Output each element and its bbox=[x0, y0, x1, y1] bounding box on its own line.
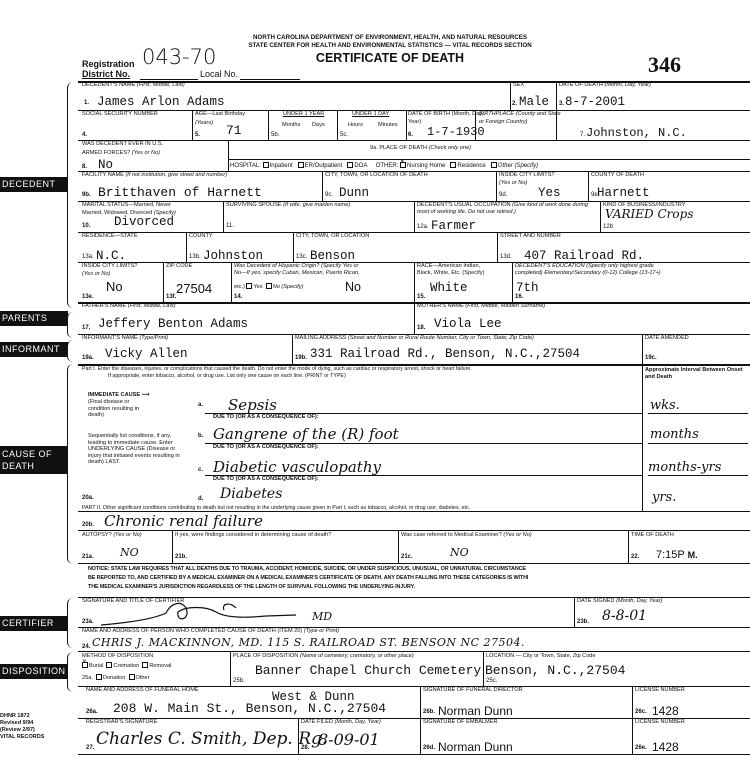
part2-instructions: PART II. Other significant conditions co… bbox=[82, 505, 470, 512]
birthplace-label: BIRTHPLACE (County and State bbox=[479, 111, 561, 118]
item-13c-number: 13c. bbox=[296, 254, 307, 260]
days-label: Days bbox=[312, 122, 325, 129]
cause-line-c-letter: c. bbox=[198, 467, 203, 473]
inpatient-label: Inpatient bbox=[270, 163, 293, 169]
date-of-birth: 1-7-1930 bbox=[427, 125, 485, 139]
hispanic-options: etc.) Yes No (Specify) bbox=[234, 283, 303, 291]
item-21a-number: 21a. bbox=[82, 554, 94, 560]
item-3-number: 3. bbox=[559, 101, 564, 107]
residence-state-label: RESIDENCE—STATE bbox=[82, 233, 137, 240]
medical-examiner-notice: NOTICE: STATE LAW REQUIRES THAT ALL DEAT… bbox=[88, 565, 748, 592]
hours-label: Hours bbox=[348, 122, 363, 129]
birthplace-label-2: or Foreign Country) bbox=[479, 119, 528, 126]
item-26a-number: 26a. bbox=[86, 709, 98, 715]
item-22-number: 22. bbox=[631, 554, 639, 560]
item-26c-number: 26c. bbox=[635, 709, 647, 715]
residence-county-label: COUNTY bbox=[189, 233, 213, 240]
item-9d-number: 9d. bbox=[499, 192, 507, 198]
completer-label: NAME AND ADDRESS OF PERSON WHO COMPLETED… bbox=[82, 628, 339, 635]
street-address: 407 Railroad Rd. bbox=[524, 249, 644, 263]
due-to-label-c: DUE TO (OR AS A CONSEQUENCE OF): bbox=[213, 476, 319, 483]
item-25b-number: 25b. bbox=[233, 678, 245, 684]
date-signed-label: DATE SIGNED (Month, Day, Year) bbox=[577, 598, 663, 605]
other-label: OTHER: bbox=[376, 163, 399, 169]
item-12b-number: 12b bbox=[603, 224, 613, 230]
doa-label: DOA bbox=[354, 163, 367, 169]
item-23b-number: 23b. bbox=[577, 619, 589, 625]
item-19a-number: 19a. bbox=[82, 355, 94, 361]
months-label: Months bbox=[282, 122, 300, 129]
place-of-disposition: Banner Chapel Church Cemetery bbox=[255, 663, 481, 678]
cause-line-d: Diabetes bbox=[220, 486, 282, 502]
item-15-number: 15. bbox=[417, 294, 425, 300]
birthplace: Johnston, N.C. bbox=[586, 126, 687, 140]
certificate-title: CERTIFICATE OF DEATH bbox=[180, 51, 600, 65]
item-13d-number: 13d. bbox=[500, 254, 512, 260]
item-6-number: 6. bbox=[408, 132, 413, 138]
hispanic-no-checkbox[interactable] bbox=[266, 283, 272, 289]
spouse-label: SURVIVING SPOUSE (If wife, give maiden n… bbox=[226, 202, 350, 209]
item-28-number: 28. bbox=[301, 745, 309, 751]
autopsy-label: AUTOPSY? (Yes or No) bbox=[82, 532, 142, 539]
due-to-label-b: DUE TO (OR AS A CONSEQUENCE OF): bbox=[213, 444, 319, 451]
item-11-number: 11. bbox=[226, 223, 234, 229]
time-of-death-label: TIME OF DEATH bbox=[631, 532, 674, 539]
form-review: (Review 2/97) bbox=[0, 727, 44, 734]
city-of-death: Dunn bbox=[339, 186, 369, 200]
side-label-disposition: DISPOSITION bbox=[0, 664, 68, 679]
interval-line-d: yrs. bbox=[652, 490, 676, 505]
zip-code: 27504 bbox=[176, 281, 212, 296]
item-27-number: 27. bbox=[86, 745, 94, 751]
under-1-year-label: UNDER 1 YEAR bbox=[283, 111, 324, 118]
item-9c-number: 9c. bbox=[325, 192, 333, 198]
age-value: 71 bbox=[226, 123, 242, 138]
informant-label: INFORMANT'S NAME (Type/Print) bbox=[82, 335, 168, 342]
local-no-label: Local No. bbox=[200, 69, 238, 79]
referred-value: NO bbox=[450, 546, 469, 559]
time-of-death: 7:15P M. bbox=[656, 549, 698, 561]
cause-line-a: Sepsis bbox=[228, 396, 277, 414]
side-label-informant: INFORMANT bbox=[0, 342, 68, 357]
nursing-home-checkbox[interactable] bbox=[400, 162, 406, 168]
notice-line-3: THE MEDICAL EXAMINER'S JURISDICTION REGA… bbox=[88, 583, 748, 592]
dob-label-2: Year) bbox=[408, 119, 421, 126]
certifier-signature bbox=[96, 598, 336, 628]
due-to-label-a: DUE TO (OR AS A CONSEQUENCE OF): bbox=[213, 414, 319, 421]
certificate-number: 346 bbox=[648, 52, 681, 78]
interval-line-a: wks. bbox=[650, 398, 680, 413]
center-heading: STATE CENTER FOR HEALTH AND ENVIRONMENTA… bbox=[180, 42, 600, 49]
item-2-number: 2. bbox=[512, 101, 517, 107]
residence-city: Benson bbox=[310, 249, 355, 263]
hispanic-yes-checkbox[interactable] bbox=[246, 283, 252, 289]
dob-label: DATE OF BIRTH (Month, Day, bbox=[408, 111, 483, 118]
registration-number: 043-70 bbox=[142, 45, 216, 69]
item-25a-number: 25a. bbox=[82, 675, 93, 681]
item-17-number: 17. bbox=[82, 325, 90, 331]
date-filed: 8-09-01 bbox=[318, 730, 380, 749]
date-filed-label: DATE FILED (Month, Day, Year) bbox=[301, 719, 381, 726]
license-number-label: LICENSE NUMBER bbox=[635, 687, 685, 694]
hispanic-value: No bbox=[345, 280, 361, 294]
funeral-home-label: NAME AND ADDRESS OF FUNERAL HOME bbox=[86, 687, 199, 694]
hispanic-no-label: No (Specify) bbox=[273, 284, 304, 290]
armed-forces-label: WAS DECEDENT EVER IN U.S. bbox=[82, 141, 163, 148]
interval-line-b: months bbox=[650, 427, 699, 442]
part1-instructions: Part I. Enter the diseases, injuries, or… bbox=[82, 366, 472, 373]
cause-line-b-letter: b. bbox=[198, 433, 203, 439]
disposition-options-row2: 25a. Donation Other bbox=[82, 674, 150, 682]
sex-value: Male bbox=[519, 95, 549, 109]
occupation: Farmer bbox=[431, 219, 476, 233]
item-13f-number: 13f. bbox=[166, 294, 176, 300]
item-25c-number: 25c. bbox=[486, 678, 497, 684]
date-amended-label: DATE AMENDED bbox=[645, 335, 689, 342]
cause-line1: CAUSE OF bbox=[2, 448, 68, 460]
date-signed: 8-8-01 bbox=[602, 608, 647, 624]
district-label: District No. bbox=[82, 69, 130, 79]
item-9b-number: 9b. bbox=[82, 192, 91, 198]
side-label-certifier: CERTIFIER bbox=[0, 616, 68, 631]
education-value: 7th bbox=[516, 281, 539, 295]
mailing-address: 331 Railroad Rd., Benson, N.C.,27504 bbox=[310, 347, 580, 361]
item-5c-number: 5c. bbox=[340, 132, 348, 138]
other-disposition-checkbox[interactable] bbox=[129, 674, 135, 680]
facility-label: FACILITY NAME (If not institution, give … bbox=[82, 172, 227, 179]
embalmer-license-label: LICENSE NUMBER bbox=[635, 719, 685, 726]
embalmer-license: 1428 bbox=[652, 740, 679, 754]
cremation-label: Cremation bbox=[113, 663, 139, 669]
inside-city-hint: (Yes or No) bbox=[499, 180, 527, 187]
disposition-location: Benson, N.C.,27504 bbox=[485, 663, 625, 678]
referred-label: Was case referred to Medical Examiner? (… bbox=[401, 532, 532, 539]
mailing-address-label: MAILING ADDRESS (Street and Number or Ru… bbox=[295, 335, 534, 342]
department-heading: NORTH CAROLINA DEPARTMENT OF ENVIRONMENT… bbox=[180, 34, 600, 41]
item-8-number: 8. bbox=[82, 164, 87, 170]
funeral-director-license: 1428 bbox=[652, 704, 679, 718]
item-26b-number: 26b. bbox=[423, 709, 435, 715]
hispanic-label: Was Decedent of Hispanic Origin? (Specif… bbox=[234, 263, 358, 270]
cremation-checkbox[interactable] bbox=[106, 662, 112, 668]
form-revised: Revised 9/94 bbox=[0, 720, 44, 727]
armed-forces-label-2: ARMED FORCES? (Yes or No) bbox=[82, 150, 160, 157]
hispanic-label-2: No—If yes, specify Cuban, Mexican, Puert… bbox=[234, 270, 360, 277]
item-18-number: 18. bbox=[417, 325, 425, 331]
autopsy-value: NO bbox=[120, 546, 139, 559]
doa-checkbox[interactable] bbox=[347, 162, 353, 168]
hispanic-yes-label: Yes bbox=[253, 284, 262, 290]
street-label: STREET AND NUMBER bbox=[500, 233, 561, 240]
residence-label: Residence bbox=[457, 163, 485, 169]
father-name: Jeffery Benton Adams bbox=[98, 317, 248, 331]
funeral-director: Norman Dunn bbox=[438, 704, 513, 718]
funeral-home-address: 208 W. Main St., Benson, N.C.,27504 bbox=[113, 701, 386, 716]
item-13e-number: 13e. bbox=[82, 294, 94, 300]
disposition-location-label: LOCATION — City or Town, State, Zip Code bbox=[486, 653, 596, 660]
other-disposition-label: Other bbox=[136, 675, 150, 681]
item-20a-number: 20a. bbox=[82, 495, 94, 501]
form-id: DHNR 1872 bbox=[0, 713, 44, 720]
ssn-label: SOCIAL SECURITY NUMBER bbox=[82, 111, 158, 118]
place-of-death-options: HOSPITAL: Inpatient ER/Outpatient DOA OT… bbox=[230, 162, 538, 170]
removal-checkbox[interactable] bbox=[142, 662, 148, 668]
marital-status: Divorced bbox=[114, 215, 174, 229]
residence-inside-city-hint: (Yes or No) bbox=[82, 271, 110, 278]
education-label-2: completed) Elementary/Secondary (0-12) C… bbox=[515, 270, 661, 277]
er-outpatient-label: ER/Outpatient bbox=[305, 163, 343, 169]
city-of-death-label: CITY, TOWN, OR LOCATION OF DEATH bbox=[325, 172, 428, 179]
race-label-2: Black, White, Etc. (Specify) bbox=[417, 270, 484, 277]
item-12a-number: 12a. bbox=[417, 224, 429, 230]
cause-line-b: Gangrene of the (R) foot bbox=[213, 425, 399, 443]
funeral-director-label: SIGNATURE OF FUNERAL DIRECTOR bbox=[423, 687, 523, 694]
item-19b-number: 19b. bbox=[295, 355, 307, 361]
interval-label: Approximate Interval Between Onset and D… bbox=[645, 367, 745, 380]
business-industry: VARIED Crops bbox=[605, 207, 693, 221]
inpatient-checkbox[interactable] bbox=[263, 162, 269, 168]
minutes-label: Minutes bbox=[378, 122, 398, 129]
findings-label: If yes, were findings considered in dete… bbox=[175, 532, 331, 539]
item-20b-number: 20b. bbox=[82, 522, 94, 528]
marital-label: MARITAL STATUS—Married, Never bbox=[82, 202, 171, 209]
item-23a-number: 23a. bbox=[82, 619, 94, 625]
residence-checkbox[interactable] bbox=[450, 162, 456, 168]
interval-line-c: months-yrs bbox=[648, 460, 721, 475]
date-of-death-label: DATE OF DEATH (Month, Day, Year) bbox=[559, 82, 651, 89]
item-5b-number: 5b. bbox=[271, 132, 279, 138]
side-label-cause-of-death: CAUSE OF DEATH bbox=[0, 446, 68, 474]
removal-label: Removal bbox=[149, 663, 171, 669]
hospital-label: HOSPITAL: bbox=[230, 163, 261, 169]
item-4-number: 4. bbox=[82, 132, 87, 138]
item-21b-number: 21b. bbox=[175, 554, 187, 560]
item-5-number: 5. bbox=[195, 132, 200, 138]
decedent-name: James Arlon Adams bbox=[97, 95, 225, 109]
notice-line-1: NOTICE: STATE LAW REQUIRES THAT ALL DEAT… bbox=[88, 565, 748, 574]
facility-name: Britthaven of Harnett bbox=[98, 185, 262, 200]
form-footer: DHNR 1872 Revised 9/94 (Review 2/97) VIT… bbox=[0, 713, 44, 741]
age-hint: (Years) bbox=[195, 120, 213, 127]
mother-name: Viola Lee bbox=[434, 317, 502, 331]
education-label: DECEDENT'S EDUCATION (Specify only highe… bbox=[515, 263, 654, 270]
notice-line-2: BE REPORTED TO, AND CERTIFIED BY A MEDIC… bbox=[88, 574, 748, 583]
age-label: AGE—Last Birthday bbox=[195, 111, 245, 118]
armed-forces-value: No bbox=[98, 158, 113, 172]
item-21c-number: 21c. bbox=[401, 554, 413, 560]
item-10-number: 10. bbox=[82, 223, 90, 229]
registration-label: Registration bbox=[82, 59, 135, 69]
burial-label: Burial bbox=[89, 663, 103, 669]
residence-inside-city-label: INSIDE CITY LIMITS? bbox=[82, 263, 138, 270]
cause-line-a-letter: a. bbox=[198, 402, 203, 408]
part1-instructions-2: If appropriate, enter tobacco, alcohol, … bbox=[108, 373, 346, 380]
item-7-number: 7. bbox=[580, 132, 585, 138]
disposition-method-label: METHOD OF DISPOSITION bbox=[82, 653, 153, 660]
side-label-parents: PARENTS bbox=[0, 311, 68, 326]
zip-label: ZIP CODE bbox=[166, 263, 192, 270]
disposition-options-row1: Burial Cremation Removal bbox=[82, 662, 171, 670]
embalmer-label: SIGNATURE OF EMBALMER bbox=[423, 719, 498, 726]
item-13a-number: 13a. bbox=[82, 254, 94, 260]
registrar-signature: Charles C. Smith, Dep. Rg. bbox=[96, 729, 327, 749]
side-label-decedent: DECEDENT bbox=[0, 177, 68, 192]
donation-checkbox[interactable] bbox=[96, 674, 102, 680]
race-value: White bbox=[430, 281, 468, 295]
mother-label: MOTHER'S NAME (First, Middle, Maiden Sur… bbox=[417, 303, 545, 310]
informant-name: Vicky Allen bbox=[105, 347, 188, 361]
registrar-signature-label: REGISTRAR'S SIGNATURE bbox=[86, 719, 157, 726]
father-label: FATHER'S NAME (First, Middle, Last) bbox=[82, 303, 176, 310]
decedent-name-label: DECEDENT'S NAME (First, Middle, Last) bbox=[82, 82, 185, 89]
occupation-label: DECEDENT'S USUAL OCCUPATION (Give kind o… bbox=[417, 202, 599, 215]
other-specify-checkbox[interactable] bbox=[491, 162, 497, 168]
inside-city-label: INSIDE CITY LIMITS? bbox=[499, 172, 555, 179]
immediate-cause-hint: (Final disease or condition resulting in… bbox=[88, 399, 148, 419]
item-14-number: 14. bbox=[234, 294, 242, 300]
place-of-disposition-label: PLACE OF DISPOSITION (Name of cemetery, … bbox=[233, 653, 414, 660]
cause-line-c: Diabetic vasculopathy bbox=[213, 458, 381, 476]
county-of-death-label: COUNTY OF DEATH bbox=[591, 172, 644, 179]
other-significant-conditions: Chronic renal failure bbox=[104, 512, 263, 530]
donation-label: Donation bbox=[103, 675, 125, 681]
item-13b-number: 13b. bbox=[189, 254, 201, 260]
sex-label: SEX bbox=[513, 82, 524, 89]
residence-state: N.C. bbox=[96, 249, 126, 263]
residence-inside-city: No bbox=[106, 279, 123, 294]
county-of-death: Harnett bbox=[597, 186, 650, 200]
residence-city-label: CITY, TOWN, OR LOCATION bbox=[296, 233, 369, 240]
inside-city-value: Yes bbox=[538, 186, 561, 200]
under-1-day-label: UNDER 1 DAY bbox=[352, 111, 389, 118]
burial-checkbox[interactable] bbox=[82, 662, 88, 668]
item-19c-number: 19c. bbox=[645, 355, 657, 361]
item-24-number: 24. bbox=[82, 644, 90, 650]
item-26e-number: 26e. bbox=[635, 745, 647, 751]
sequential-hint: Sequentially list conditions, if any, le… bbox=[88, 433, 180, 466]
date-of-death: 8-7-2001 bbox=[565, 95, 625, 109]
place-of-death-label: 9a. PLACE OF DEATH (Check only one) bbox=[370, 145, 471, 152]
residence-county: Johnston bbox=[203, 249, 263, 263]
embalmer: Norman Dunn bbox=[438, 740, 513, 754]
form-department: VITAL RECORDS bbox=[0, 734, 44, 741]
completer-name-address: CHRIS J. MACKINNON, MD. 115 S. RAILROAD … bbox=[92, 636, 525, 649]
cause-line2: DEATH bbox=[2, 460, 68, 472]
other-specify-label: Other (Specify) bbox=[498, 163, 538, 169]
certifier-title: MD bbox=[312, 610, 332, 623]
immediate-cause-label: IMMEDIATE CAUSE ⟶ bbox=[88, 392, 150, 399]
cause-line-d-letter: d. bbox=[198, 496, 203, 502]
item-1-number: 1. bbox=[84, 100, 89, 106]
race-label: RACE—American Indian, bbox=[417, 263, 480, 270]
nursing-home-label: Nursing Home bbox=[407, 163, 445, 169]
er-outpatient-checkbox[interactable] bbox=[298, 162, 304, 168]
item-26d-number: 26d. bbox=[423, 745, 435, 751]
